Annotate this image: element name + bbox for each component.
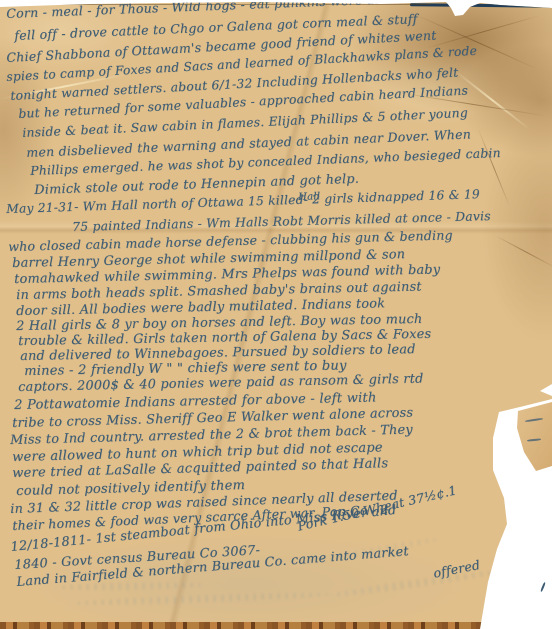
- crease-line: [425, 15, 541, 49]
- crease-line: [478, 128, 511, 207]
- crease-line: [495, 235, 552, 269]
- top-edge-ink-line: [410, 3, 552, 7]
- paper-sheet: Corn - meal - for Thous - Wild hogs - ea…: [0, 0, 552, 629]
- handwriting-annotation-superscript-hall: Hall: [298, 191, 320, 203]
- ink-fragment-mark: [527, 438, 541, 441]
- handwriting-annotation-offered-note: offered: [432, 557, 481, 581]
- bottom-edge-strip: [0, 622, 484, 629]
- ink-bleed-through: [70, 591, 330, 607]
- scanned-document: { "page": { "kind": "handwritten-note-sc…: [0, 0, 552, 629]
- stray-pen-mark: [540, 582, 546, 592]
- crease-line: [454, 70, 530, 130]
- torn-paper-fragment: [517, 401, 552, 472]
- ink-fragment-mark: [525, 418, 543, 422]
